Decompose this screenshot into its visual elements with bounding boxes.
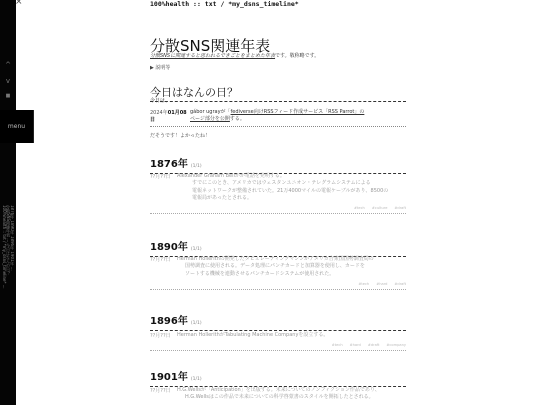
entry-text: Herman HollerithがTabulating Machine Comp… — [177, 332, 403, 339]
entry-link-2[interactable]: ページ部分を公開 — [190, 116, 230, 122]
today-label: 今日は、 — [150, 97, 170, 104]
year-count: (1/1) — [191, 321, 202, 326]
chevron-up-icon[interactable]: ^ — [3, 61, 13, 69]
entry-tags: #tech#hard#draft#company — [150, 343, 406, 347]
entry-line: Herman HollerithがTabulating Machine Comp… — [177, 332, 403, 339]
entry-link[interactable]: fediverse向けRSSフィード作成サービス「RSS Parrot」の — [231, 109, 365, 115]
timeline-entry: ??月??日 H.G.Wellsが「Anticipation」を出版する。未来に… — [150, 387, 406, 405]
year-count: (1/1) — [191, 377, 202, 382]
tag-link[interactable]: #hard — [350, 343, 361, 347]
entry-date: ??月??日 — [150, 332, 171, 339]
year-heading-1896: 1896年(1/1) — [150, 312, 406, 331]
tag-link[interactable]: #culture — [372, 206, 388, 210]
list-icon[interactable]: ■ — [3, 92, 13, 100]
entry-line: ソートする機械を連動させるパンチカードシステムが使用された。 — [177, 271, 403, 278]
entry-text: Alexander Graham Bellがが電話を発明する。 すでにこのとき、… — [177, 173, 403, 202]
entry-line: H.G.Wellsはこの作品で未来についての科学啓蒙書のスタイルを開拓したとされ… — [177, 394, 403, 401]
menu-label: menu — [8, 123, 25, 130]
tag-link[interactable]: #tech — [354, 206, 365, 210]
entry-text: H.G.Wellsが「Anticipation」を出版する。未来についてのノンフ… — [177, 387, 403, 402]
year-heading-1890: 1890年(1/1) — [150, 238, 406, 257]
year-label: 1901年 — [150, 372, 188, 383]
tag-link[interactable]: #tech — [358, 282, 369, 286]
year-count: (1/1) — [191, 247, 202, 252]
year-count: (1/1) — [191, 164, 202, 169]
sidebar: ^ ^ v ■ 100%health :: txt / *my_dsns_tim… — [0, 0, 16, 405]
subtitle-link[interactable]: 分散SNSに関連すると思われるできごとをまとめた年表 — [150, 53, 275, 59]
entry-tags: #tech#culture#draft — [150, 206, 406, 210]
tag-link[interactable]: #draft — [394, 206, 406, 210]
year-label: 1896年 — [150, 316, 188, 327]
timeline-entry: ??月??日 Herman HollerithがTabulating Machi… — [150, 332, 406, 351]
year-label: 1890年 — [150, 242, 188, 253]
timeline-entry: ??月??日 Alexander Graham Bellがが電話を発明する。 す… — [150, 173, 406, 214]
subtitle-rest: です。敬称略です。 — [275, 53, 319, 59]
entry-text: gábor ugrayが「 — [190, 109, 231, 115]
today-entry: 2024年01月08日gábor ugrayが「fediverse向けRSSフィ… — [150, 109, 406, 127]
entry-line: 電報局があったとされる。 — [177, 195, 403, 202]
sidebar-outline: 100%health :: txt / *my_dsns_timeline* .… — [2, 205, 14, 395]
entry-date: ??月??日 — [150, 173, 171, 180]
entry-date: 2024年01月08日 — [150, 109, 190, 123]
entry-text: Herman Hollerithの開発したタビュレーティングマシンがアメリカ合衆… — [177, 256, 403, 278]
tag-link[interactable]: #tech — [332, 343, 343, 347]
entry-date: ??月??日 — [150, 256, 171, 263]
today-heading: 今日はなんの日？ — [150, 84, 406, 102]
page-subtitle: 分散SNSに関連すると思われるできごとをまとめた年表です。敬称略です。 — [150, 52, 319, 59]
entry-line: すでにこのとき、アメリカではウェスタンユニオン・テレグラムシステムによる — [177, 180, 403, 187]
tag-link[interactable]: #hard — [376, 282, 387, 286]
today-note: だそうです！よかったね！ — [150, 132, 210, 139]
entry-tags: #tech#hard#draft — [150, 282, 406, 286]
year-heading-1901: 1901年(1/1) — [150, 368, 406, 387]
tag-link[interactable]: #company — [386, 343, 406, 347]
outline-line: 1876年 1890年 1896年 1901年 ... — [10, 205, 14, 271]
entry-line: 電報ネットワークが整備されていた。21万4000マイルの電報ケーブルがあり、85… — [177, 188, 403, 195]
tag-link[interactable]: #draft — [394, 282, 406, 286]
entry-body: gábor ugrayが「fediverse向けRSSフィード作成サービス「RS… — [190, 109, 400, 123]
entry-text-after: する。 — [230, 116, 245, 122]
close-icon[interactable]: × — [15, 0, 23, 7]
timeline-entry: ??月??日 Herman Hollerithの開発したタビュレーティングマシン… — [150, 256, 406, 290]
year-heading-1876: 1876年(1/1) — [150, 155, 406, 174]
chevron-down-icon[interactable]: v — [3, 77, 13, 85]
date-year: 2024年 — [150, 110, 168, 116]
entry-line: 国勢調査に使用される。データ処理にパンチカードと加算器を使用し、カードを — [177, 263, 403, 270]
entry-date: ??月??日 — [150, 387, 171, 394]
menu-button[interactable]: menu — [0, 110, 34, 143]
tag-link[interactable]: #draft — [368, 343, 380, 347]
details-toggle[interactable]: ▶ 説明等 — [150, 64, 170, 71]
year-label: 1876年 — [150, 159, 188, 170]
breadcrumb: 100%health :: txt / *my_dsns_timeline* — [150, 0, 299, 8]
